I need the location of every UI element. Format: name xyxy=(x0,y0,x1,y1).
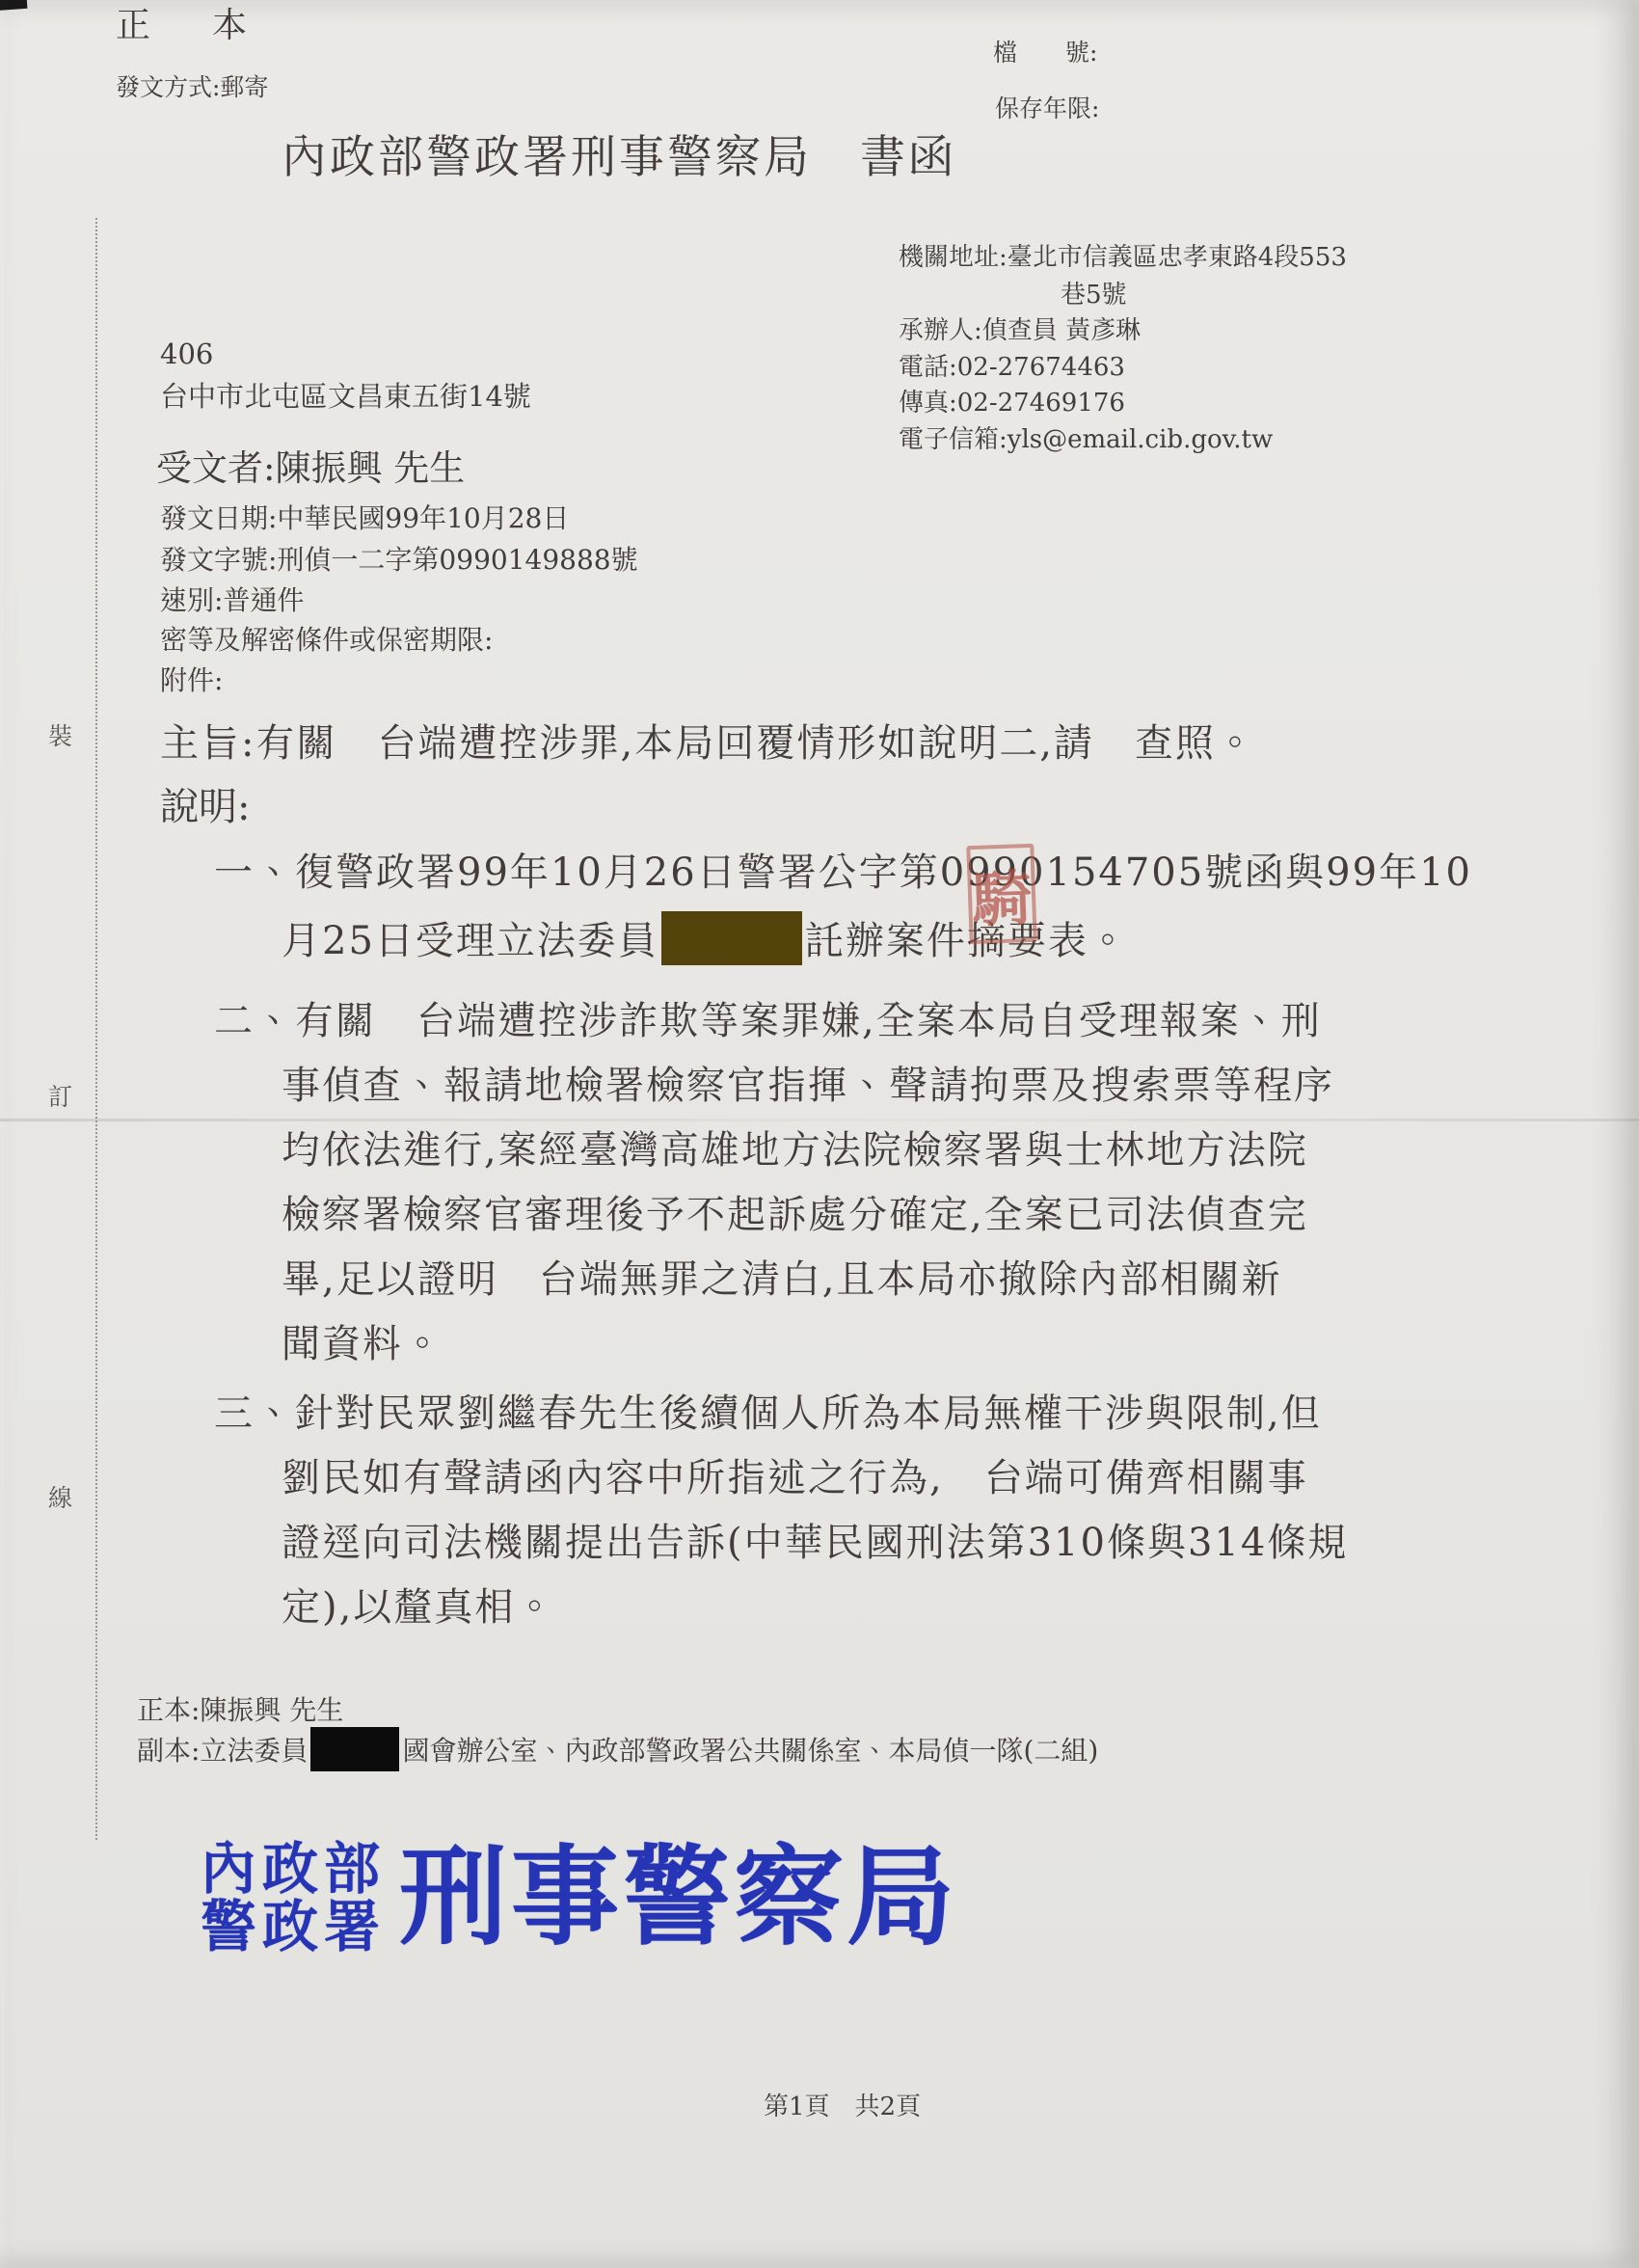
explanation-item-3-line-2: 劉民如有聲請函內容中所指述之行為, 台端可備齊相關事 xyxy=(282,1456,1308,1501)
stamp-small-text: 內政部 警政署 xyxy=(201,1840,386,1956)
copy-type-label: 正 本 xyxy=(116,6,260,46)
copy-line-post: 國會辦公室、內政部警政署公共關係室、本局偵一隊(二組) xyxy=(402,1730,1098,1768)
copy-line-pre: 副本:立法委員 xyxy=(137,1730,308,1768)
explanation-item-3-line-1: 三、針對民眾劉繼春先生後續個人所為本局無權干涉與限制,但 xyxy=(214,1391,1322,1437)
distribution-copy-line: 副本:立法委員 國會辦公室、內政部警政署公共關係室、本局偵一隊(二組) xyxy=(137,1727,1098,1771)
agency-phone: 電話:02-27674463 xyxy=(899,353,1125,383)
explanation-item-1-line-1: 一、復警政署99年10月26日警署公字第0990154705號函與99年10 xyxy=(214,850,1472,896)
stamp-main-text: 刑事警察局 xyxy=(399,1844,958,1952)
explanation-item-3-line-4: 定),以釐真相。 xyxy=(282,1585,555,1631)
item-1-line-2-pre: 月25日受理立法委員 xyxy=(282,910,658,965)
explanation-item-2-line-6: 聞資料。 xyxy=(282,1322,443,1367)
agency-address-line1: 機關地址:臺北市信義區忠孝東路4段553 xyxy=(899,243,1347,273)
explanation-item-2-line-1: 二、有關 台端遭控涉詐欺等案罪嫌,全案本局自受理報案、刑 xyxy=(214,999,1322,1044)
red-registry-seal: 騎 xyxy=(966,844,1037,944)
agency-email: 電子信箱:yls@email.cib.gov.tw xyxy=(899,425,1273,455)
doc-number-line: 發文字號:刑偵一二字第0990149888號 xyxy=(160,544,638,576)
explanation-label: 說明: xyxy=(160,785,250,830)
document-title: 內政部警政署刑事警察局 書函 xyxy=(282,131,956,184)
priority-line: 速別:普通件 xyxy=(160,584,304,616)
agency-blue-stamp: 內政部 警政署 刑事警察局 xyxy=(201,1840,958,1956)
distribution-original-line: 正本:陳振興 先生 xyxy=(137,1694,343,1726)
binding-char-ding: 訂 xyxy=(48,1078,72,1113)
redaction-box xyxy=(310,1727,399,1771)
explanation-item-3-line-3: 證逕向司法機關提出告訴(中華民國刑法第310條與314條規 xyxy=(282,1521,1348,1566)
scanned-letter-page: 裝 訂 線 正 本 發文方式:郵寄 檔 號: 保存年限: 內政部警政署刑事警察局… xyxy=(0,0,1639,2268)
agency-address-line2: 巷5號 xyxy=(1061,281,1127,310)
binding-char-zhuang: 裝 xyxy=(48,717,72,752)
stamp-small-line-1: 內政部 xyxy=(201,1840,386,1898)
seal-character: 騎 xyxy=(970,850,1033,937)
explanation-item-2-line-3: 均依法進行,案經臺灣高雄地方法院檢察署與士林地方法院 xyxy=(282,1128,1308,1174)
stamp-small-line-2: 警政署 xyxy=(201,1898,386,1956)
explanation-item-2-line-4: 檢察署檢察官審理後予不起訴處分確定,全案已司法偵查完 xyxy=(282,1193,1308,1238)
recipient-address: 台中市北屯區文昌東五街14號 xyxy=(160,380,531,413)
explanation-item-2-line-5: 畢,足以證明 台端無罪之清白,且本局亦撤除內部相關新 xyxy=(282,1257,1281,1303)
paper-fold-crease xyxy=(0,1119,1639,1121)
agency-fax: 傳真:02-27469176 xyxy=(899,389,1125,418)
redaction-box xyxy=(661,911,802,965)
file-number-label: 檔 號: xyxy=(993,39,1097,67)
security-line: 密等及解密條件或保密期限: xyxy=(160,624,493,656)
page-number-footer: 第1頁 共2頁 xyxy=(764,2092,921,2122)
binding-char-xian: 線 xyxy=(48,1479,72,1514)
recipient-postal-code: 406 xyxy=(160,337,213,370)
explanation-item-2-line-2: 事偵查、報請地檢署檢察官指揮、聲請拘票及搜索票等程序 xyxy=(282,1064,1334,1109)
binding-dotted-line xyxy=(95,218,97,1840)
dispatch-method-label: 發文方式:郵寄 xyxy=(116,73,268,102)
attachment-line: 附件: xyxy=(160,664,223,696)
issue-date-line: 發文日期:中華民國99年10月28日 xyxy=(160,502,569,534)
agency-officer: 承辦人:偵查員 黃彥琳 xyxy=(899,316,1141,346)
scan-corner-artifact xyxy=(0,0,27,11)
subject-line: 主旨:有關 台端遭控涉罪,本局回覆情形如說明二,請 查照。 xyxy=(160,721,1256,767)
retention-period-label: 保存年限: xyxy=(995,94,1099,123)
item-1-line-2-post: 託辦案件摘要表。 xyxy=(805,910,1129,965)
addressee-line: 受文者:陳振興 先生 xyxy=(156,447,465,490)
